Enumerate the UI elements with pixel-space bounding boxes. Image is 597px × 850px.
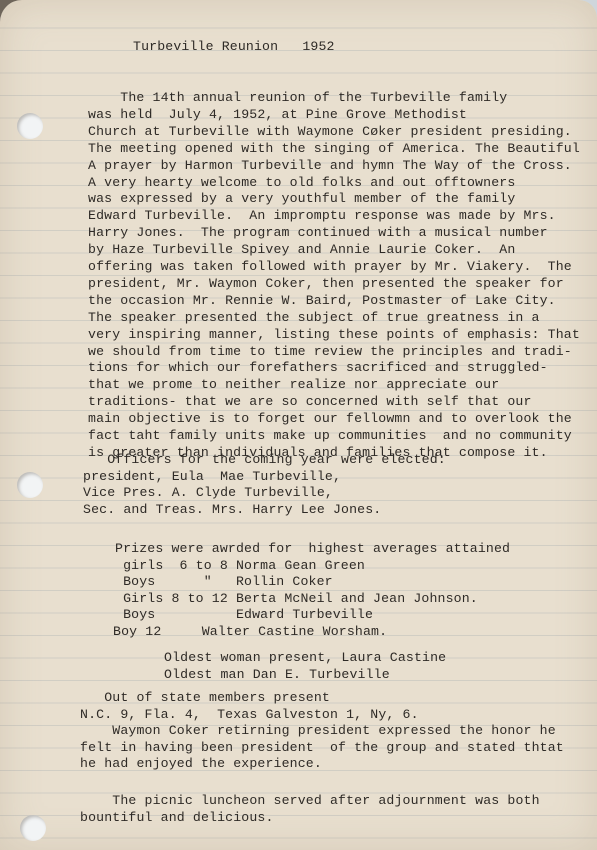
page-title: Turbeville Reunion 1952 (133, 39, 335, 55)
text-line: felt in having been president of the gro… (80, 740, 564, 756)
text-line: The picnic luncheon served after adjourn… (80, 793, 540, 809)
text-line: very inspiring manner, listing these poi… (88, 327, 580, 343)
text-line: Sec. and Treas. Mrs. Harry Lee Jones. (83, 502, 381, 518)
text-line: president, Eula Mae Turbeville, (83, 469, 341, 485)
text-line: main objective is to forget our fellowmn… (88, 411, 572, 427)
text-line: by Haze Turbeville Spivey and Annie Laur… (88, 242, 515, 258)
text-line: fact taht family units make up communiti… (88, 428, 572, 444)
text-line: A very hearty welcome to old folks and o… (88, 175, 515, 191)
text-line: Oldest man Dan E. Turbeville (164, 667, 390, 683)
text-line: tions for which our forefathers sacrific… (88, 360, 548, 376)
text-line: Boys Edward Turbeville (115, 607, 373, 623)
punch-hole-torn-icon (20, 815, 46, 841)
text-line: Edward Turbeville. An impromptu response… (88, 208, 556, 224)
text-line: Waymon Coker retirning president express… (80, 723, 556, 739)
text-line: Oldest woman present, Laura Castine (164, 650, 446, 666)
text-line: Vice Pres. A. Clyde Turbeville, (83, 485, 333, 501)
text-line: A prayer by Harmon Turbeville and hymn T… (88, 158, 572, 174)
text-line: Girls 8 to 12 Berta McNeil and Jean John… (115, 591, 478, 607)
text-line: The 14th annual reunion of the Turbevill… (88, 90, 507, 106)
typewritten-page: Turbeville Reunion 1952 The 14th annual … (0, 0, 597, 850)
text-line: that we prome to neither realize nor app… (88, 377, 499, 393)
text-line: Boys " Rollin Coker (115, 574, 333, 590)
text-line: Officers for the coming year were electe… (83, 452, 446, 468)
text-line: offering was taken followed with prayer … (88, 259, 572, 275)
text-line: he had enjoyed the experience. (80, 756, 322, 772)
text-line: Harry Jones. The program continued with … (88, 225, 548, 241)
text-line: traditions- that we are so concerned wit… (88, 394, 532, 410)
text-line: Church at Turbeville with Waymone Cøker … (88, 124, 572, 140)
text-line: The meeting opened with the singing of A… (88, 141, 580, 157)
text-line: we should from time to time review the p… (88, 344, 572, 360)
text-line: Boy 12 Walter Castine Worsham. (113, 624, 387, 640)
text-line: Out of state members present (80, 690, 330, 706)
text-line: the occasion Mr. Rennie W. Baird, Postma… (88, 293, 556, 309)
text-line: was expressed by a very youthful member … (88, 191, 515, 207)
text-line: bountiful and delicious. (80, 810, 274, 826)
text-line: girls 6 to 8 Norma Gean Green (115, 558, 365, 574)
punch-hole-icon (17, 113, 43, 139)
text-line: The speaker presented the subject of tru… (88, 310, 540, 326)
text-line: president, Mr. Waymon Coker, then presen… (88, 276, 564, 292)
punch-hole-icon (17, 472, 43, 498)
text-line: Prizes were awrded for highest averages … (115, 541, 510, 557)
text-line: N.C. 9, Fla. 4, Texas Galveston 1, Ny, 6… (80, 707, 419, 723)
text-line: was held July 4, 1952, at Pine Grove Met… (88, 107, 467, 123)
